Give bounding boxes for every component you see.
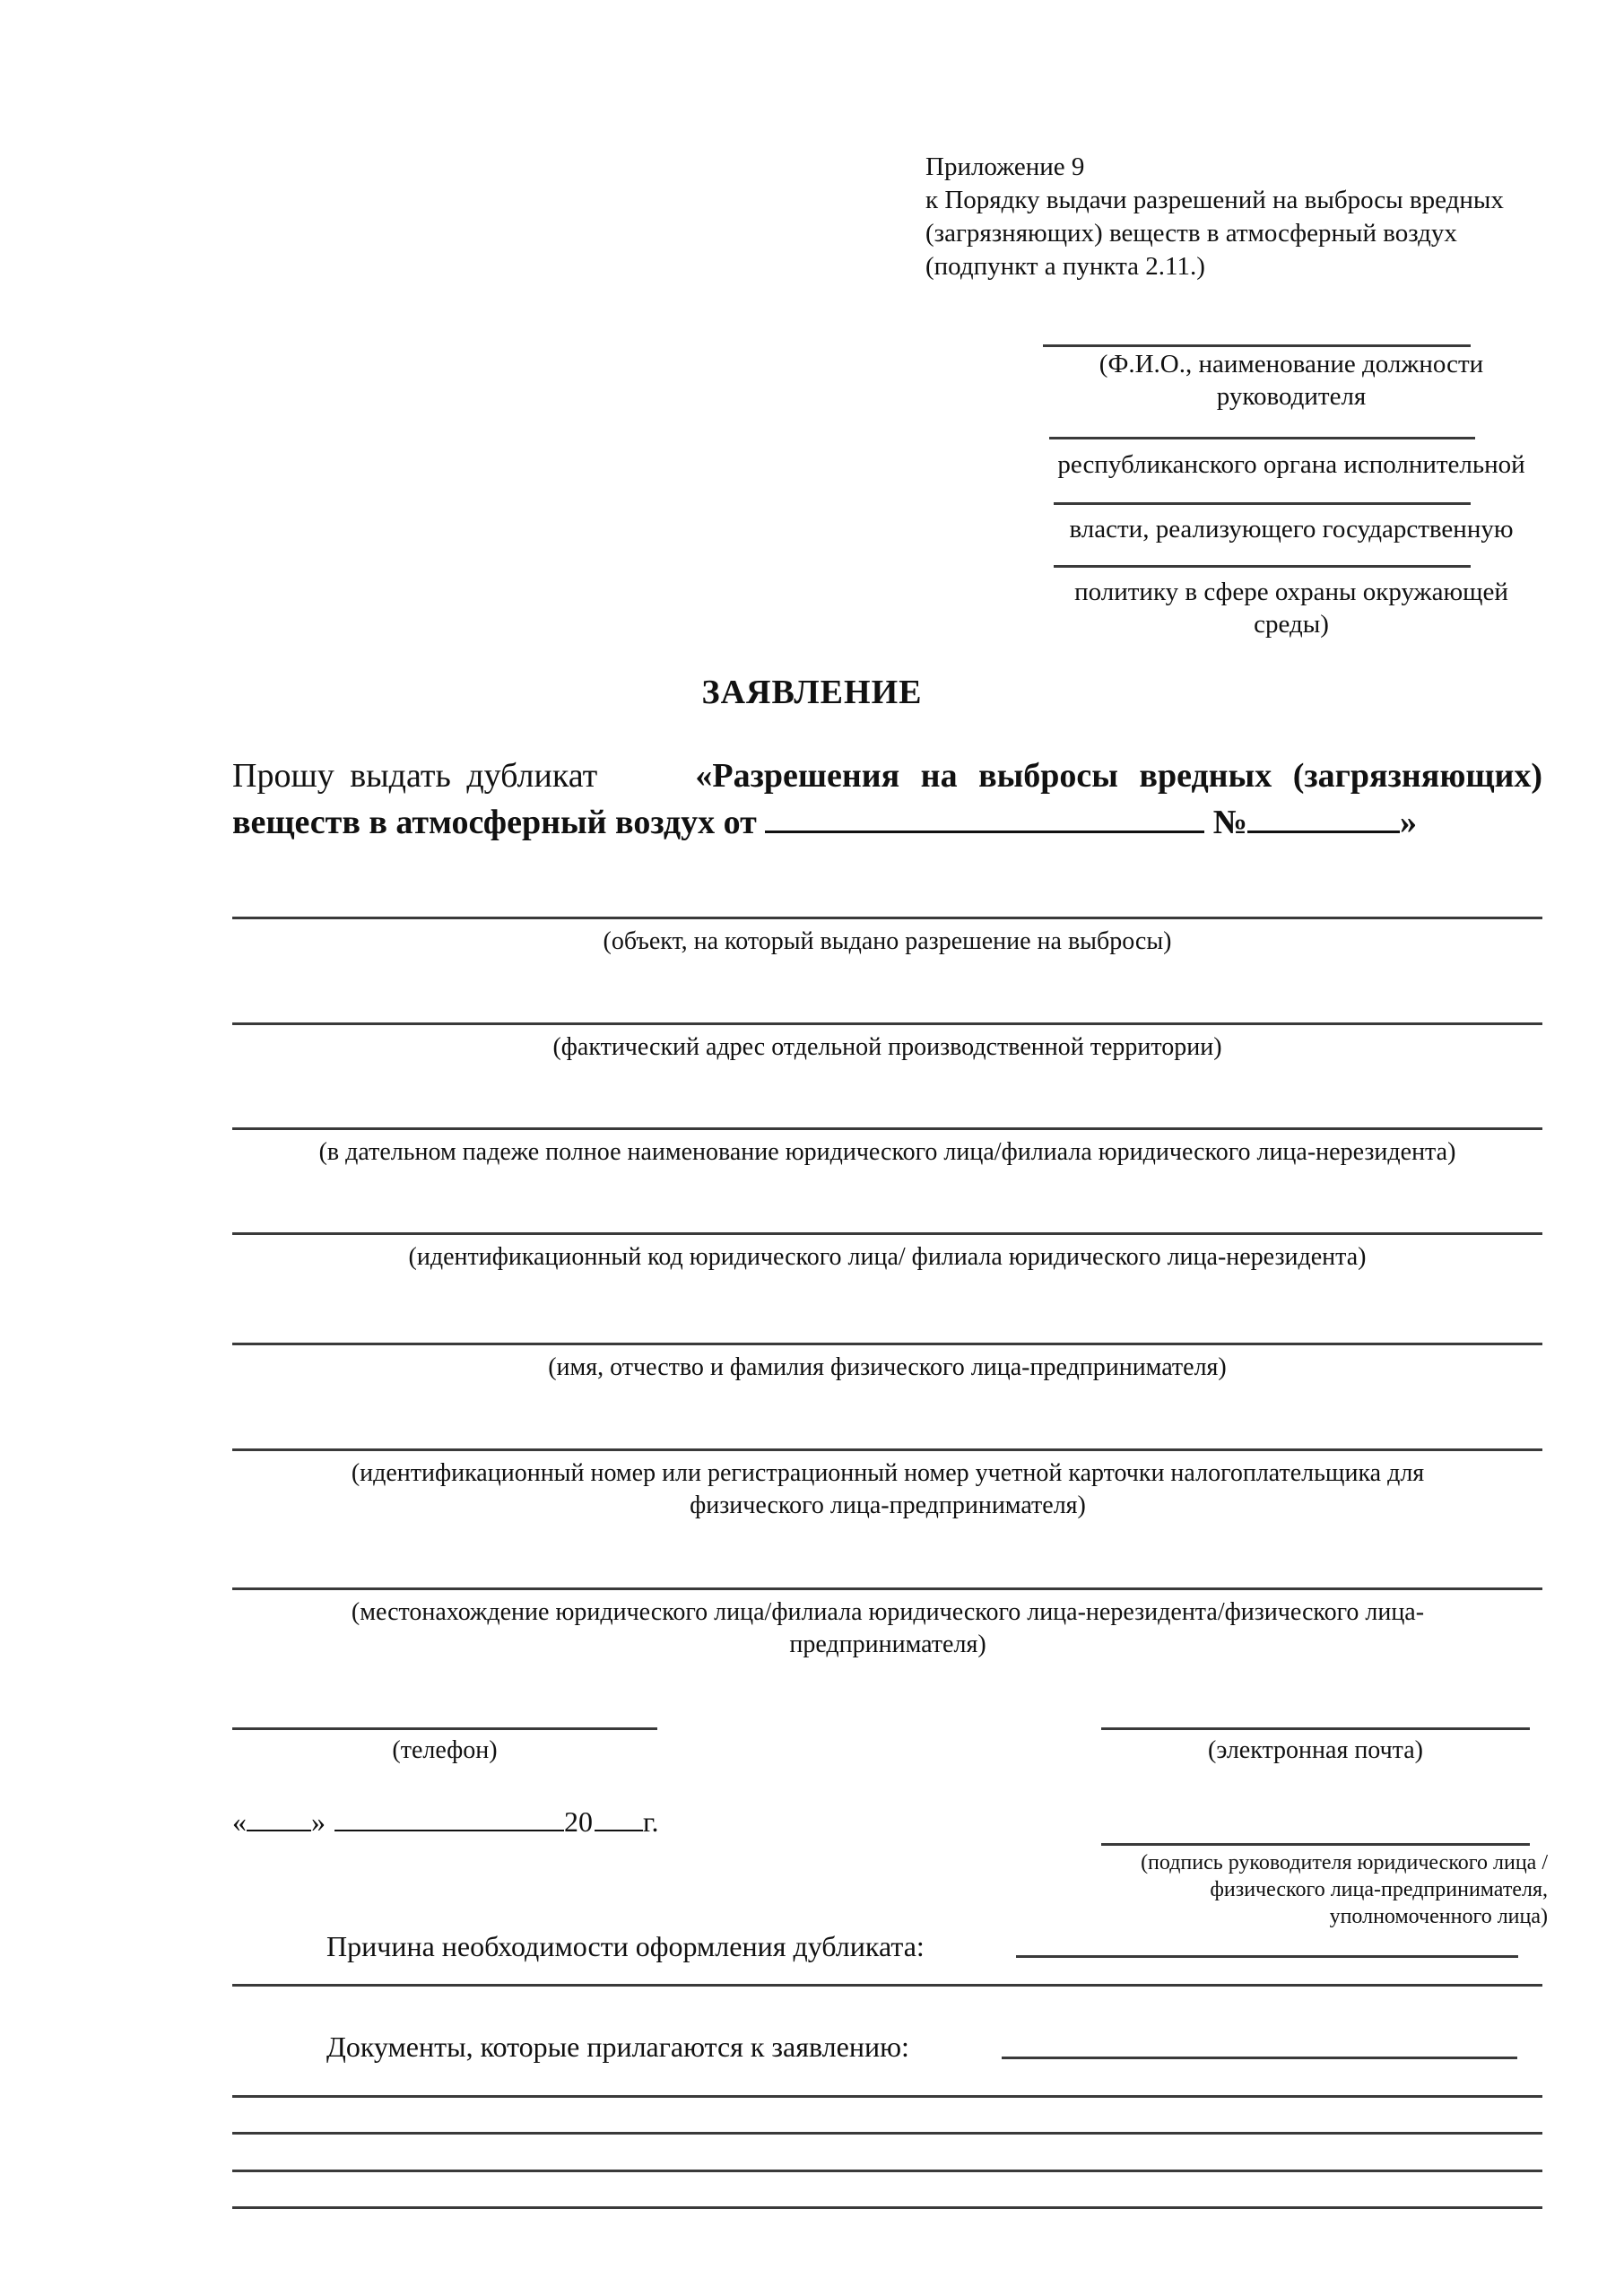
date-row: «» 20г.	[232, 1803, 659, 1839]
signature-caption-2: физического лица-предпринимателя,	[1031, 1876, 1548, 1903]
appendix-line: (загрязняющих) веществ в атмосферный воз…	[925, 217, 1504, 250]
legal-entity-code-field[interactable]	[232, 1232, 1542, 1235]
request-lead: Прошу выдать дубликат	[232, 752, 597, 800]
tax-number-caption: (идентификационный номер или регистрацио…	[296, 1457, 1480, 1522]
addressee-caption-5: политику в сфере охраны окружающей	[1040, 576, 1542, 608]
signature-field[interactable]	[1101, 1843, 1530, 1846]
signature-caption-1: (подпись руководителя юридического лица …	[1031, 1849, 1548, 1876]
number-sign: №	[1213, 804, 1247, 841]
legal-entity-name-field[interactable]	[232, 1127, 1542, 1130]
location-caption: (местонахождение юридического лица/филиа…	[296, 1596, 1480, 1661]
addressee-caption-3: республиканского органа исполнительной	[1040, 448, 1542, 481]
permit-number-field[interactable]	[1247, 804, 1400, 833]
documents-field[interactable]	[1002, 2057, 1517, 2059]
closing-quote: »	[1400, 804, 1417, 841]
documents-line-4[interactable]	[232, 2206, 1542, 2209]
request-title-1: «Разрешения на выбросы вредных (загрязня…	[695, 752, 1542, 800]
appendix-header: Приложение 9 к Порядку выдачи разрешений…	[925, 151, 1504, 283]
location-field[interactable]	[232, 1587, 1542, 1590]
signature-caption: (подпись руководителя юридического лица …	[1031, 1849, 1548, 1930]
object-caption: (объект, на который выдано разрешение на…	[232, 926, 1542, 958]
object-field[interactable]	[232, 917, 1542, 919]
addressee-caption-6: среды)	[1040, 608, 1542, 640]
phone-field[interactable]	[232, 1727, 657, 1730]
signature-caption-3: уполномоченного лица)	[1031, 1903, 1548, 1930]
address-field[interactable]	[232, 1022, 1542, 1025]
legal-entity-name-caption: (в дательном падеже полное наименование …	[232, 1136, 1542, 1169]
entrepreneur-name-field[interactable]	[232, 1343, 1542, 1345]
documents-line-1[interactable]	[232, 2095, 1542, 2098]
phone-caption: (телефон)	[232, 1736, 657, 1765]
reason-field[interactable]	[1016, 1955, 1518, 1958]
documents-line-2[interactable]	[232, 2132, 1542, 2135]
date-open-quote: «	[232, 1805, 247, 1838]
permit-date-field[interactable]	[765, 804, 1204, 833]
email-field[interactable]	[1101, 1727, 1530, 1730]
addressee-caption-2: руководителя	[1040, 380, 1542, 413]
legal-entity-code-caption: (идентификационный код юридического лица…	[232, 1241, 1542, 1274]
request-paragraph: Прошу выдать дубликат «Разрешения на выб…	[232, 752, 1542, 847]
reason-field-continuation[interactable]	[232, 1984, 1542, 1987]
documents-label: Документы, которые прилагаются к заявлен…	[326, 2029, 909, 2065]
year-prefix: 20	[564, 1805, 593, 1838]
request-title-2: веществ в атмосферный воздух от	[232, 804, 757, 841]
appendix-line: (подпункт а пункта 2.11.)	[925, 250, 1504, 283]
addressee-field-4[interactable]	[1054, 565, 1471, 568]
appendix-title: Приложение 9	[925, 151, 1504, 184]
month-field[interactable]	[334, 1803, 564, 1831]
addressee-field-2[interactable]	[1049, 437, 1475, 439]
address-caption: (фактический адрес отдельной производств…	[232, 1031, 1542, 1064]
addressee-caption-1: (Ф.И.О., наименование должности	[1040, 348, 1542, 380]
day-field[interactable]	[247, 1803, 311, 1831]
reason-label: Причина необходимости оформления дублика…	[326, 1928, 925, 1964]
addressee-name-field[interactable]	[1043, 344, 1471, 347]
email-caption: (электронная почта)	[1101, 1736, 1530, 1765]
document-title: ЗАЯВЛЕНИЕ	[0, 673, 1624, 712]
year-suffix: г.	[643, 1805, 659, 1838]
documents-line-3[interactable]	[232, 2170, 1542, 2172]
entrepreneur-name-caption: (имя, отчество и фамилия физического лиц…	[232, 1352, 1542, 1384]
date-close-quote: »	[311, 1805, 326, 1838]
addressee-caption-4: власти, реализующего государственную	[1040, 513, 1542, 545]
tax-number-field[interactable]	[232, 1448, 1542, 1451]
addressee-field-3[interactable]	[1054, 502, 1471, 505]
year-field[interactable]	[595, 1803, 643, 1831]
appendix-line: к Порядку выдачи разрешений на выбросы в…	[925, 184, 1504, 217]
request-line-2: веществ в атмосферный воздух от №»	[232, 798, 1542, 847]
